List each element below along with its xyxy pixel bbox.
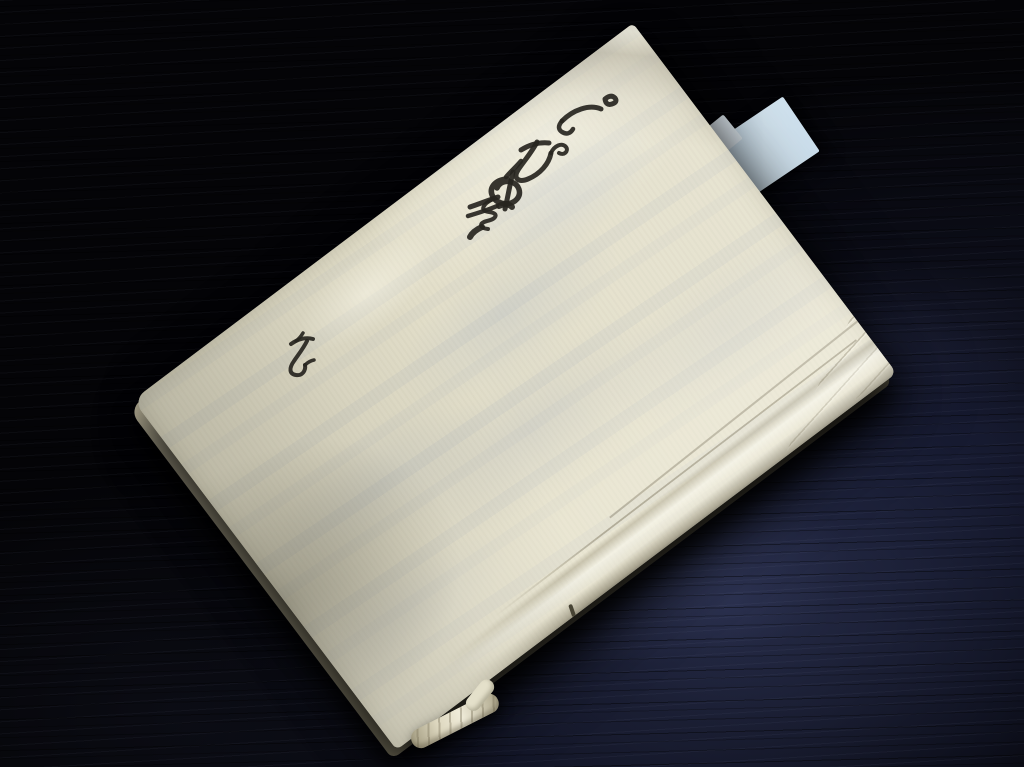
brush-stroke — [290, 341, 307, 375]
photograph — [0, 0, 1024, 767]
brush-stroke — [305, 360, 314, 365]
brush-stroke — [291, 338, 313, 344]
end-mark-calligraphy — [0, 0, 1024, 767]
